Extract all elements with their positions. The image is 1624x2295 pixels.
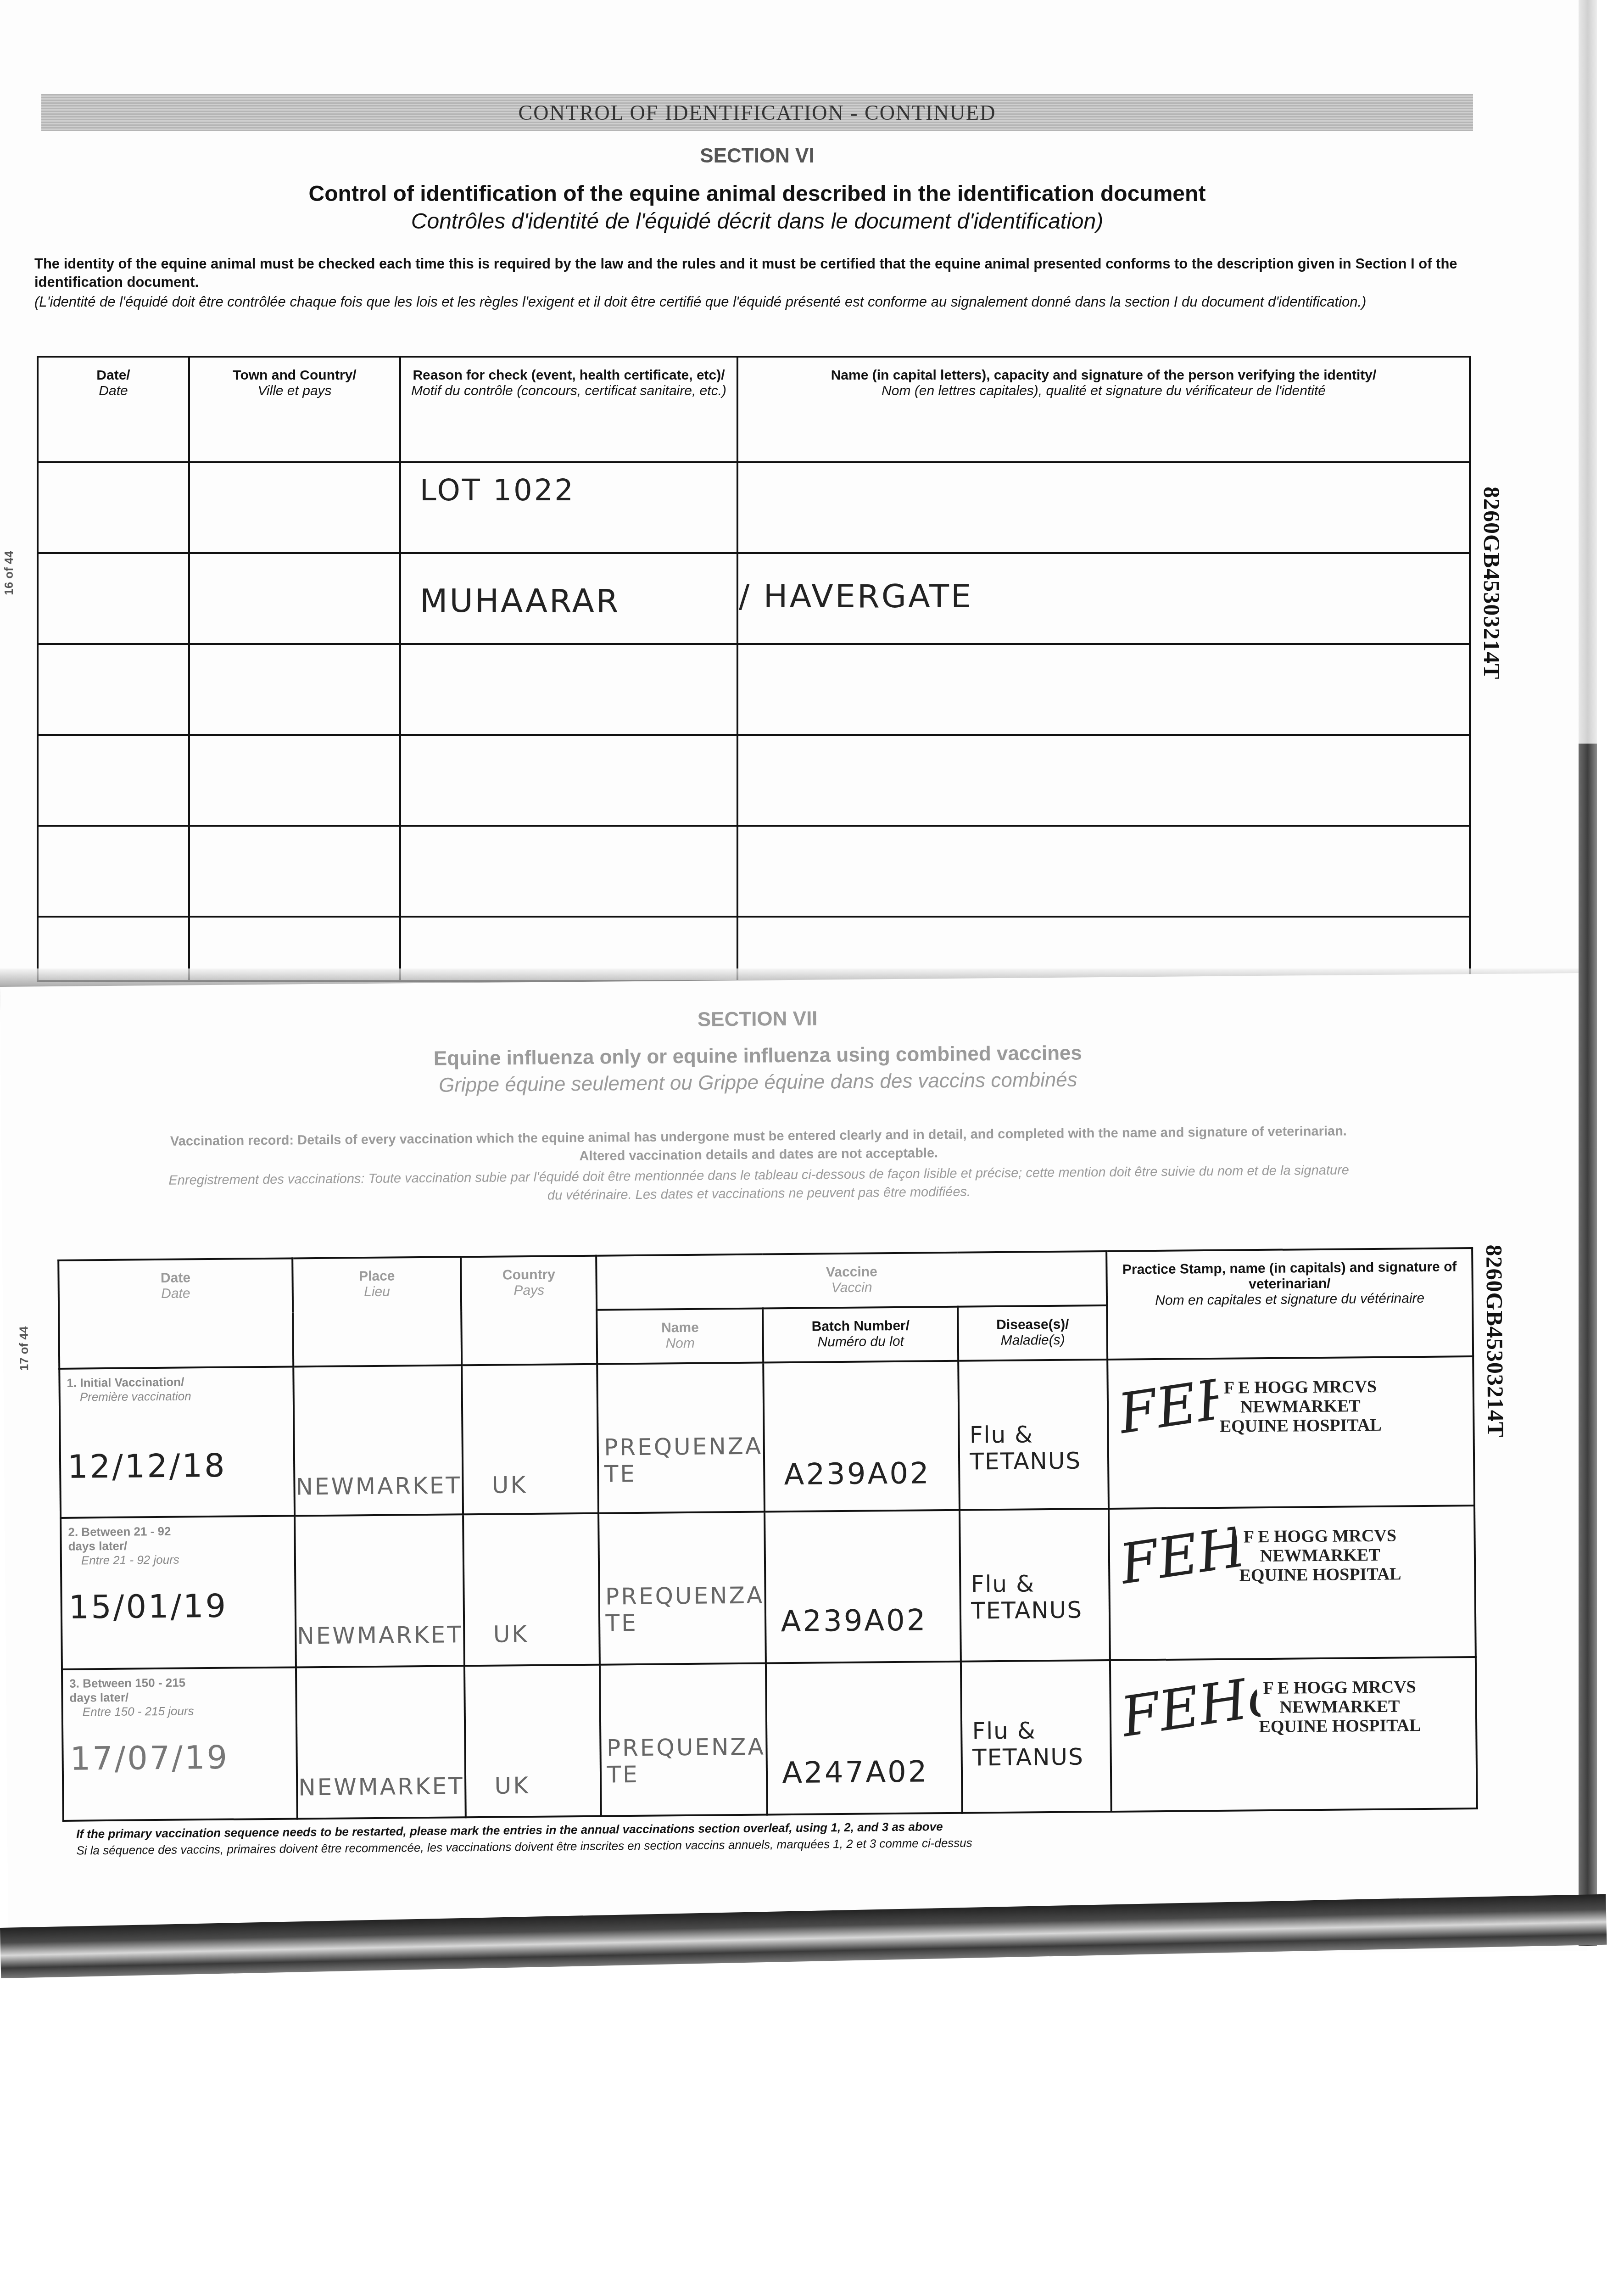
cell-disease[interactable]: Flu & TETANUS bbox=[960, 1509, 1110, 1662]
header-practice-stamp: Practice Stamp, name (in capitals) and s… bbox=[1106, 1248, 1473, 1360]
stage-label-en: 3. Between 150 - 215 days later/ bbox=[69, 1675, 189, 1705]
cell-practice-stamp[interactable]: FEHogg F E HOGG MRCVS NEWMARKET EQUINE H… bbox=[1108, 1356, 1474, 1509]
vaccination-date: 17/07/19 bbox=[70, 1738, 290, 1778]
header-country: CountryPays bbox=[461, 1256, 597, 1366]
cell-verifier[interactable] bbox=[737, 826, 1470, 917]
cell-verifier[interactable]: / HAVERGATE bbox=[737, 553, 1470, 644]
stage-label-en: 2. Between 21 - 92 days later/ bbox=[68, 1524, 179, 1554]
page-number-top: 16 of 44 bbox=[2, 551, 16, 595]
header-vaccine-name: NameNom bbox=[597, 1309, 764, 1364]
identity-check-header-row: Date/Date Town and Country/Ville et pays… bbox=[38, 357, 1470, 462]
table-row: LOT 1022 bbox=[38, 462, 1470, 553]
cell-date[interactable] bbox=[38, 826, 189, 917]
vet-signature: FEHogg bbox=[1116, 1521, 1243, 1593]
continued-banner: CONTROL OF IDENTIFICATION - CONTINUED bbox=[41, 94, 1473, 131]
header-reason: Reason for check (event, health certific… bbox=[400, 357, 737, 462]
cell-reason[interactable]: MUHAARAR bbox=[400, 553, 737, 644]
cell-date[interactable]: 3. Between 150 - 215 days later/ Entre 1… bbox=[62, 1667, 297, 1820]
id-number-bottom: 8260GB45303214T bbox=[1481, 1244, 1509, 1438]
header-place: PlaceLieu bbox=[292, 1257, 462, 1366]
stage-label-fr: Entre 21 - 92 jours bbox=[68, 1552, 288, 1568]
cell-date[interactable] bbox=[38, 462, 189, 553]
practice-stamp: F E HOGG MRCVS NEWMARKET EQUINE HOSPITAL bbox=[1259, 1677, 1421, 1736]
cell-batch-number[interactable]: A239A02 bbox=[765, 1510, 961, 1663]
stage-label-fr: Première vaccination bbox=[67, 1388, 286, 1405]
bottom-page: SECTION VII Equine influenza only or equ… bbox=[0, 973, 1587, 1965]
section-vi-heading-fr: Contrôles d'identité de l'équidé décrit … bbox=[0, 209, 1514, 234]
table-row: 2. Between 21 - 92 days later/ Entre 21 … bbox=[61, 1506, 1476, 1669]
cell-reason[interactable] bbox=[400, 735, 737, 826]
section-vi-instructions-en: The identity of the equine animal must b… bbox=[34, 255, 1480, 291]
cell-town-country[interactable] bbox=[189, 462, 400, 553]
table-row bbox=[38, 735, 1470, 826]
header-date: DateDate bbox=[58, 1258, 293, 1368]
section-vii-label: SECTION VII bbox=[0, 1001, 1515, 1037]
table-row: MUHAARAR / HAVERGATE bbox=[38, 553, 1470, 644]
table-row: 3. Between 150 - 215 days later/ Entre 1… bbox=[62, 1657, 1477, 1821]
cell-date[interactable]: 2. Between 21 - 92 days later/ Entre 21 … bbox=[61, 1516, 296, 1669]
page-number-bottom: 17 of 44 bbox=[17, 1326, 31, 1371]
cell-date[interactable] bbox=[38, 553, 189, 644]
cell-place[interactable]: NEWMARKET bbox=[295, 1514, 464, 1667]
cell-country[interactable]: UK bbox=[464, 1665, 601, 1818]
book-edge-dark bbox=[1579, 744, 1597, 1946]
cell-town-country[interactable] bbox=[189, 826, 400, 917]
table-row bbox=[38, 644, 1470, 735]
stage-label-fr: Entre 150 - 215 jours bbox=[70, 1703, 289, 1719]
cell-town-country[interactable] bbox=[189, 553, 400, 644]
stage-label-en: 1. Initial Vaccination/ bbox=[67, 1374, 286, 1390]
cell-country[interactable]: UK bbox=[463, 1513, 600, 1666]
top-page: CONTROL OF IDENTIFICATION - CONTINUED SE… bbox=[0, 0, 1579, 987]
table-row bbox=[38, 826, 1470, 917]
cell-vaccine-name[interactable]: PREQUENZA TE bbox=[600, 1663, 767, 1816]
header-batch-number: Batch Number/Numéro du lot bbox=[763, 1307, 959, 1363]
vaccination-table: DateDate PlaceLieu CountryPays VaccineVa… bbox=[57, 1247, 1478, 1822]
cell-disease[interactable]: Flu & TETANUS bbox=[959, 1360, 1109, 1510]
cell-practice-stamp[interactable]: FEHogg F E HOGG MRCVS NEWMARKET EQUINE H… bbox=[1109, 1506, 1476, 1660]
cell-place[interactable]: NEWMARKET bbox=[296, 1666, 466, 1819]
vaccination-date: 15/01/19 bbox=[68, 1587, 288, 1626]
cell-reason[interactable] bbox=[400, 826, 737, 917]
table-row: 1. Initial Vaccination/ Première vaccina… bbox=[59, 1356, 1474, 1518]
cell-vaccine-name[interactable]: PREQUENZA TE bbox=[597, 1363, 765, 1513]
cell-verifier[interactable] bbox=[737, 462, 1470, 553]
section-vi-label: SECTION VI bbox=[0, 145, 1514, 168]
cell-date[interactable]: 1. Initial Vaccination/ Première vaccina… bbox=[59, 1366, 295, 1517]
practice-stamp: F E HOGG MRCVS NEWMARKET EQUINE HOSPITAL bbox=[1239, 1526, 1401, 1585]
section-vi-instructions-fr: (L'identité de l'équidé doit être contrô… bbox=[34, 293, 1480, 311]
identity-check-table: Date/Date Town and Country/Ville et pays… bbox=[37, 356, 1471, 982]
header-verifier: Name (in capital letters), capacity and … bbox=[737, 357, 1470, 462]
section-vi-heading-en: Control of identification of the equine … bbox=[0, 181, 1514, 207]
cell-place[interactable]: NEWMARKET bbox=[293, 1365, 463, 1516]
cell-disease[interactable]: Flu & TETANUS bbox=[961, 1660, 1111, 1813]
vaccination-date: 12/12/18 bbox=[67, 1446, 287, 1486]
cell-reason[interactable]: LOT 1022 bbox=[400, 462, 737, 553]
cell-date[interactable] bbox=[38, 644, 189, 735]
cell-town-country[interactable] bbox=[189, 644, 400, 735]
cell-country[interactable]: UK bbox=[462, 1364, 599, 1515]
cell-reason[interactable] bbox=[400, 644, 737, 735]
cell-batch-number[interactable]: A247A02 bbox=[766, 1662, 962, 1815]
header-vaccine: VaccineVaccin bbox=[597, 1251, 1107, 1310]
cell-verifier[interactable] bbox=[737, 735, 1470, 826]
cell-batch-number[interactable]: A239A02 bbox=[764, 1361, 960, 1512]
header-disease: Disease(s)/Maladie(s) bbox=[958, 1305, 1108, 1361]
header-town-country: Town and Country/Ville et pays bbox=[189, 357, 400, 462]
practice-stamp: F E HOGG MRCVS NEWMARKET EQUINE HOSPITAL bbox=[1219, 1377, 1382, 1436]
id-number-top: 8260GB45303214T bbox=[1479, 487, 1505, 680]
cell-vaccine-name[interactable]: PREQUENZA TE bbox=[599, 1512, 766, 1665]
vet-signature: FEHogg bbox=[1118, 1671, 1262, 1746]
header-date: Date/Date bbox=[38, 357, 189, 462]
cell-town-country[interactable] bbox=[189, 735, 400, 826]
cell-practice-stamp[interactable]: FEHogg F E HOGG MRCVS NEWMARKET EQUINE H… bbox=[1110, 1657, 1477, 1812]
banner-text: CONTROL OF IDENTIFICATION - CONTINUED bbox=[519, 101, 996, 125]
vet-signature: FEHogg bbox=[1115, 1373, 1223, 1442]
cell-verifier[interactable] bbox=[737, 644, 1470, 735]
book-edge-light bbox=[1579, 0, 1597, 744]
cell-date[interactable] bbox=[38, 735, 189, 826]
vaccination-header-row-1: DateDate PlaceLieu CountryPays VaccineVa… bbox=[58, 1248, 1473, 1315]
